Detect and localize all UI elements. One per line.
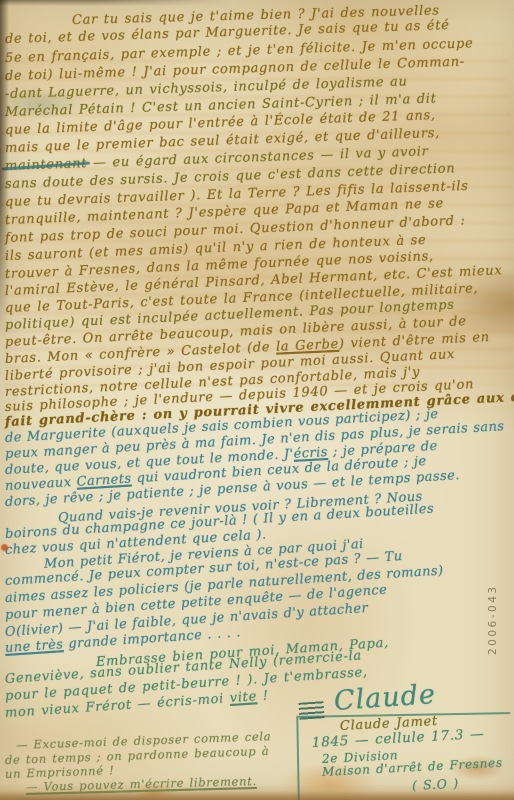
scan-edge-left — [0, 0, 9, 340]
scan-edge-bottom — [0, 791, 514, 800]
letter-line: Claude — [333, 681, 437, 715]
address-bracket-line — [296, 712, 511, 800]
accession-number: 2006-043 — [487, 584, 499, 655]
vite-underline-scribble — [298, 701, 324, 720]
scan-edge-top — [0, 0, 230, 6]
letter-scan: Car tu sais que je t'aime bien ? J'ai de… — [0, 0, 514, 800]
letter-lines: Car tu sais que je t'aime bien ? J'ai de… — [0, 0, 514, 800]
red-ink-spot — [1, 544, 8, 551]
